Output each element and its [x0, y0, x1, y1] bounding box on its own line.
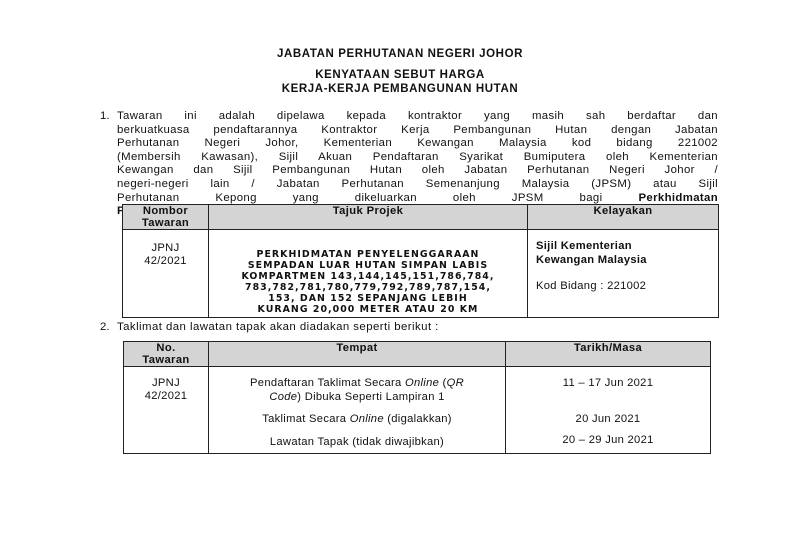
paragraph-line: berkuatkuasa pendaftarannya Kontraktor K… [117, 124, 718, 138]
section-2-number: 2. [100, 321, 110, 335]
tender-number-cell: JPNJ 42/2021 [123, 230, 209, 318]
header-tender-number: No. Tawaran [124, 342, 209, 367]
project-line: KURANG 20,000 METER ATAU 20 KM [209, 304, 527, 315]
text: Pendaftaran Taklimat Secara [250, 377, 405, 389]
italic-text: QR [447, 377, 464, 389]
section-1-paragraph: 1. Tawaran ini adalah dipelawa kepada ko… [100, 110, 718, 219]
event-date: 11 – 17 Jun 2021 [506, 377, 710, 391]
event-place: Taklimat Secara Online (digalakkan) [209, 413, 505, 427]
header-date-time: Tarikh/Masa [506, 342, 711, 367]
briefing-table: No. Tawaran Tempat Tarikh/Masa JPNJ 42/2… [123, 341, 711, 454]
tender-year: 42/2021 [123, 255, 208, 268]
text: (digalakkan) [384, 413, 452, 425]
project-title-cell: PERKHIDMATAN PENYELENGGARAAN SEMPADAN LU… [209, 230, 528, 318]
event-place: Lawatan Tapak (tidak diwajibkan) [209, 436, 505, 450]
section-2-paragraph: 2. Taklimat dan lawatan tapak akan diada… [100, 321, 718, 335]
agency-heading: JABATAN PERHUTANAN NEGERI JOHOR [0, 47, 800, 61]
document-subtitle: KERJA-KERJA PEMBANGUNAN HUTAN [0, 82, 800, 96]
eligibility-cell: Sijil Kementerian Kewangan Malaysia Kod … [528, 230, 719, 318]
field-code: Kod Bidang : 221002 [536, 280, 718, 294]
service-title-bold: Perkhidmatan [638, 192, 718, 204]
header-line: Tawaran [123, 218, 208, 230]
header-line: No. [124, 343, 208, 355]
paragraph-line: Perhutanan Negeri Johor, Kementerian Kew… [117, 137, 718, 151]
project-line: 783,782,781,780,779,792,789,787,154, [209, 282, 527, 293]
text: ) Dibuka Seperti Lampiran 1 [297, 391, 444, 403]
paragraph-line: Kewangan dan Sijil Pembangunan Hutan ole… [117, 164, 718, 178]
date-cell: 11 – 17 Jun 2021 20 Jun 2021 20 – 29 Jun… [506, 367, 711, 454]
event-date: 20 Jun 2021 [506, 413, 710, 427]
paragraph-line: negeri-negeri lain / Jabatan Perhutanan … [117, 178, 718, 192]
section-2-text: Taklimat dan lawatan tapak akan diadakan… [117, 321, 439, 333]
header-tender-number: Nombor Tawaran [123, 205, 209, 230]
project-line: SEMPADAN LUAR HUTAN SIMPAN LABIS [209, 260, 527, 271]
tender-code: JPNJ [123, 242, 208, 255]
header-line: Tawaran [124, 355, 208, 367]
table-row: JPNJ 42/2021 Pendaftaran Taklimat Secara… [124, 367, 711, 454]
text: Taklimat Secara [262, 413, 350, 425]
italic-text: Online [350, 413, 384, 425]
header-project-title: Tajuk Projek [209, 205, 528, 230]
tender-code: JPNJ [124, 377, 208, 390]
header-place: Tempat [209, 342, 506, 367]
line-text: Perhutanan Kepong yang dikeluarkan oleh … [117, 192, 603, 204]
project-line: KOMPARTMEN 143,144,145,151,786,784, [209, 271, 527, 282]
header-line: Nombor [123, 206, 208, 218]
italic-text: Online [405, 377, 439, 389]
tender-number-cell: JPNJ 42/2021 [124, 367, 209, 454]
eligibility-line: Sijil Kementerian [536, 240, 718, 254]
project-line: PERKHIDMATAN PENYELENGGARAAN [209, 249, 527, 260]
paragraph-line: Tawaran ini adalah dipelawa kepada kontr… [117, 110, 718, 124]
section-1-number: 1. [100, 110, 110, 124]
text: ( [439, 377, 446, 389]
table-row: JPNJ 42/2021 PERKHIDMATAN PENYELENGGARAA… [123, 230, 719, 318]
event-date: 20 – 29 Jun 2021 [506, 434, 710, 448]
eligibility-line: Kewangan Malaysia [536, 254, 718, 268]
tender-year: 42/2021 [124, 390, 208, 403]
event-place-cont: Code) Dibuka Seperti Lampiran 1 [209, 391, 505, 405]
header-eligibility: Kelayakan [528, 205, 719, 230]
place-cell: Pendaftaran Taklimat Secara Online (QR C… [209, 367, 506, 454]
paragraph-line: (Membersih Kawasan), Sijil Akuan Pendaft… [117, 151, 718, 165]
document-title: KENYATAAN SEBUT HARGA [0, 68, 800, 82]
italic-text: Code [269, 391, 297, 403]
event-place: Pendaftaran Taklimat Secara Online (QR [209, 377, 505, 391]
project-line: 153, DAN 152 SEPANJANG LEBIH [209, 293, 527, 304]
tender-table: Nombor Tawaran Tajuk Projek Kelayakan JP… [122, 204, 719, 318]
